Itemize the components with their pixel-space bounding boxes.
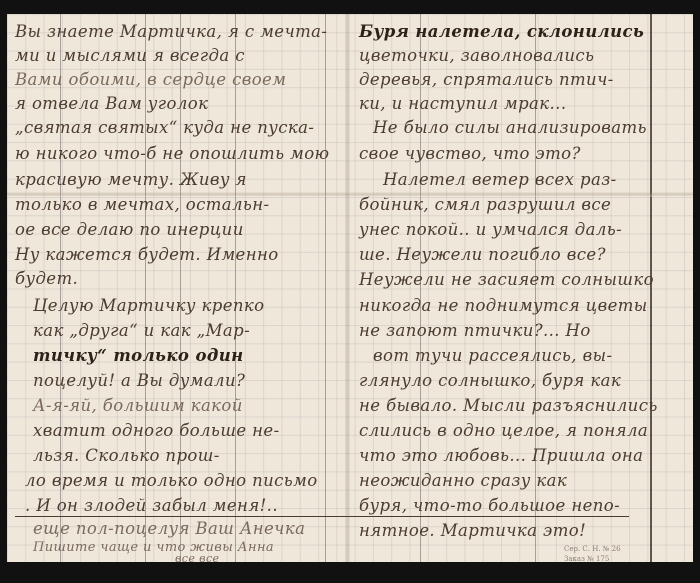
text-line: „святая святых“ куда не пуска- [15,118,314,137]
text-line: что это любовь... Пришла она [359,446,643,465]
text-line: Неужели не засияет солнышко [359,270,654,289]
text-line: Пишите чаще и что живы Анна [33,540,274,555]
text-line: не бывало. Мысли разъяснились [359,396,658,415]
margin-note: все все [175,552,219,562]
text-line: глянуло солнышко, буря как [359,371,621,390]
text-line: вот тучи рассеялись, вы- [373,346,612,365]
text-line: Налетел ветер всех раз- [383,170,617,189]
text-line: льзя. Сколько прош- [33,446,220,465]
text-line: красивую мечту. Живу я [15,170,247,189]
text-line: нятное. Мартичка это! [359,521,586,540]
text-line: только в мечтах, остальн- [15,195,270,214]
text-line: Не было силы анализировать [373,118,647,137]
imprint-order: Заказ № 175 [564,554,621,562]
ink-underline [329,516,629,517]
text-line: ше. Неужели погибло все? [359,245,606,264]
ink-underline [15,516,343,517]
text-line: Целую Мартичку крепко [33,296,265,315]
vertical-fold [345,14,351,562]
text-line: не запоют птички?... Но [359,321,591,340]
text-line: Буря налетела, склонились [359,22,644,41]
text-line: ло время и только одно письмо [25,471,318,490]
text-line: А-я-яй, большим какой [33,396,243,415]
text-line: . И он злодей забыл меня!.. [25,496,278,515]
text-line: как „друга“ и как „Мар- [33,321,250,340]
text-line: бойник, смял разрушил все [359,195,611,214]
printer-imprint: Сер. С. Н. № 26 Заказ № 175 [564,544,621,562]
text-line: я отвела Вам уголок [15,94,208,113]
text-line: слились в одно целое, я поняла [359,421,648,440]
right-page: Буря налетела, склонились цветочки, заво… [359,14,677,562]
text-line: никогда не поднимутся цветы [359,296,648,315]
left-page: Вы знаете Мартичка, я с мечта- ми и мысл… [15,14,343,562]
text-line: хватит одного больше не- [33,421,280,440]
imprint-series: Сер. С. Н. № 26 [564,544,621,554]
text-line: цветочки, заволновались [359,46,594,65]
text-line: ки, и наступил мрак... [359,94,566,113]
text-line: деревья, спрятались птич- [359,70,614,89]
text-line: Ну кажется будет. Именно [15,245,279,264]
text-line: будет. [15,269,78,288]
text-line: еще пол-поцелуя Ваш Анечка [33,519,305,538]
text-line: тичку“ только один [33,346,244,365]
text-line: Вами обоими, в сердце своем [15,70,286,89]
text-line: поцелуй! а Вы думали? [33,371,245,390]
text-line: ое все делаю по инерции [15,220,244,239]
letter-paper: Вы знаете Мартичка, я с мечта- ми и мысл… [7,14,693,562]
text-line: Вы знаете Мартичка, я с мечта- [15,22,327,41]
text-line: унес покой.. и умчался даль- [359,220,622,239]
text-line: неожиданно сразу как [359,471,567,490]
text-line: ю никого что-б не опошлить мою [15,144,329,163]
text-line: буря, что-то большое непо- [359,496,620,515]
text-line: свое чувство, что это? [359,144,581,163]
text-line: ми и мыслями я всегда с [15,46,245,65]
